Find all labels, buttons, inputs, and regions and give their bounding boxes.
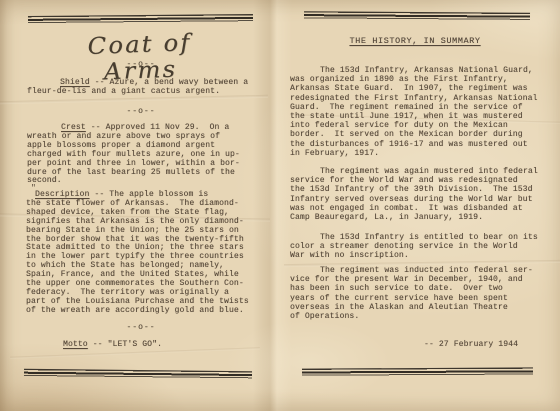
horizontal-rule-top-left [28,14,253,24]
motto-text: -- "LET'S GO". [88,340,162,349]
section-divider: --o-- [28,60,254,69]
horizontal-rule-bottom-right [302,367,533,376]
motto-line: Motto -- "LET'S GO". [63,341,162,350]
history-heading: THE HISTORY, IN SUMMARY [290,36,540,46]
shield-paragraph: Shield -- Azure, a bend wavy between a f… [27,79,248,97]
description-label: Description [35,190,89,199]
description-text: -- The apple blossom is the state flower… [26,190,249,315]
horizontal-rule-bottom-left [24,369,252,379]
shield-label: Shield [60,78,90,87]
history-paragraph-4: The regiment was inducted into federal s… [290,266,533,321]
history-paragraph-3: The 153d Infantry is entitled to bear on… [290,233,538,261]
history-paragraph-1: The 153d Infantry, Arkansas National Gua… [290,66,538,158]
document-scan: Coat of Arms --o-- Shield -- Azure, a be… [0,0,560,411]
description-paragraph: Description -- The apple blossom is the … [26,191,249,316]
history-paragraph-2: The regiment was again mustered into fed… [290,167,538,222]
section-divider: --o-- [28,107,254,116]
crest-paragraph: Crest -- Approved 11 Nov 29. On a wreath… [27,124,240,186]
crest-text: -- Approved 11 Nov 29. On a wreath or an… [27,123,240,185]
section-divider: --o-- [28,323,254,332]
date-line: -- 27 February 1944 [424,340,518,349]
crest-label: Crest [61,123,86,132]
horizontal-rule-top-right [304,11,530,21]
motto-label: Motto [63,340,88,349]
